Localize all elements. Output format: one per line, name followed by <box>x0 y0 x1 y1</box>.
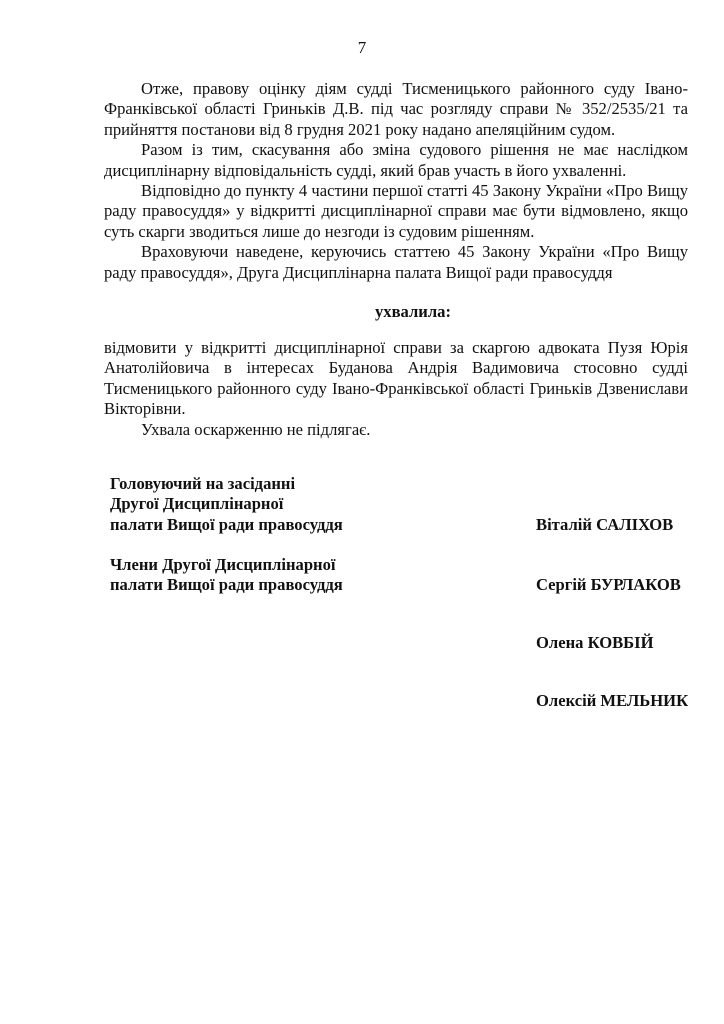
members-title-line: палати Вищої ради правосуддя <box>110 575 343 595</box>
members-title-line: Члени Другої Дисциплінарної <box>110 555 343 575</box>
presiding-title-line: палати Вищої ради правосуддя <box>110 515 343 535</box>
paragraph: Разом із тим, скасування або зміна судов… <box>104 140 688 181</box>
paragraph: Відповідно до пункту 4 частини першої ст… <box>104 181 688 242</box>
member-name: Олена КОВБІЙ <box>536 633 654 653</box>
presiding-title: Головуючий на засіданні Другої Дисциплін… <box>110 474 343 535</box>
paragraph: Отже, правову оцінку діям судді Тисмениц… <box>104 79 688 140</box>
appeal-note: Ухвала оскарженню не підлягає. <box>104 420 688 440</box>
members-title: Члени Другої Дисциплінарної палати Вищої… <box>110 555 343 596</box>
member-name: Олексій МЕЛЬНИК <box>536 691 688 711</box>
resolution-block: відмовити у відкритті дисциплінарної спр… <box>104 338 688 440</box>
resolution-text: відмовити у відкритті дисциплінарної спр… <box>104 338 688 420</box>
decision-heading: ухвалила: <box>375 302 451 322</box>
member-name: Сергій БУРЛАКОВ <box>536 575 681 595</box>
presiding-title-line: Головуючий на засіданні <box>110 474 343 494</box>
presiding-title-line: Другої Дисциплінарної <box>110 494 343 514</box>
page-number: 7 <box>0 38 724 58</box>
paragraph: Враховуючи наведене, керуючись статтею 4… <box>104 242 688 283</box>
document-body: Отже, правову оцінку діям судді Тисмениц… <box>104 79 688 283</box>
presiding-name: Віталій САЛІХОВ <box>536 515 673 535</box>
